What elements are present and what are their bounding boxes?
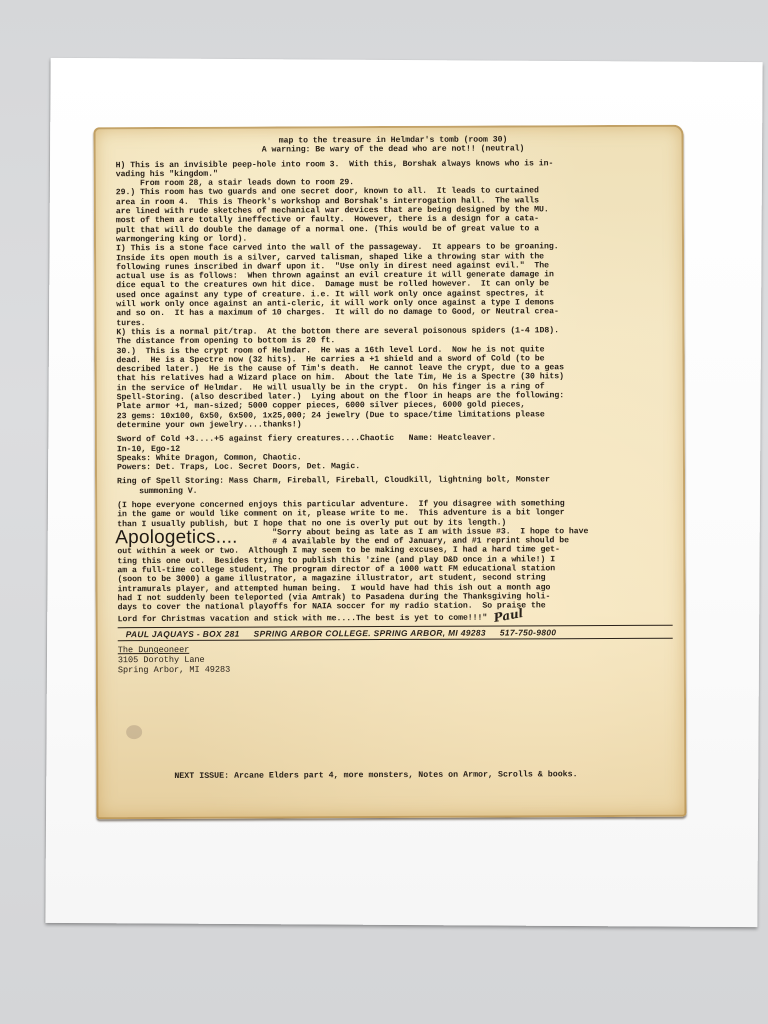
credit-bar: PAUL JAQUAYS - BOX 281 SPRING ARBOR COLL… xyxy=(118,625,673,642)
paragraph-i-stone-face: I) This is a stone face carved into the … xyxy=(116,242,671,328)
paragraph-room-29: 29.) This room has two guards and one se… xyxy=(116,186,671,244)
closing-note: (I hope everyone concerned enjoys this p… xyxy=(117,499,672,529)
typewritten-text-block: map to the treasure in Helmdar's tomb (r… xyxy=(116,135,673,676)
paragraph-h: H) This is an invisible peep-hole into r… xyxy=(116,158,671,179)
return-address: The Dungeoneer 3105 Dorothy Lane Spring … xyxy=(118,643,673,675)
credit-name: PAUL JAQUAYS - BOX 281 xyxy=(126,630,240,640)
sword-of-cold-stats: Sword of Cold +3....+5 against fiery cre… xyxy=(117,433,672,473)
handwritten-signature: Paul xyxy=(493,608,524,622)
credit-phone: 517-750-9800 xyxy=(500,628,557,638)
aged-zine-page: map to the treasure in Helmdar's tomb (r… xyxy=(93,125,686,820)
credit-address: SPRING ARBOR COLLEGE. SPRING ARBOR, MI 4… xyxy=(254,628,486,638)
apologetics-section: Apologetics.... "Sorry about being as la… xyxy=(117,527,672,624)
paragraph-room-30-crypt: 30.) This is the crypt room of Helmdar. … xyxy=(116,344,671,430)
ring-of-spell-storing: Ring of Spell Storing: Mass Charm, Fireb… xyxy=(117,475,672,496)
paper-stain xyxy=(126,725,142,739)
next-issue-note: NEXT ISSUE: Arcane Elders part 4, more m… xyxy=(174,770,577,781)
apologetics-heading: Apologetics.... xyxy=(115,533,237,543)
paragraph-k-pit-trap: K) this is a normal pit/trap. At the bot… xyxy=(116,326,671,347)
